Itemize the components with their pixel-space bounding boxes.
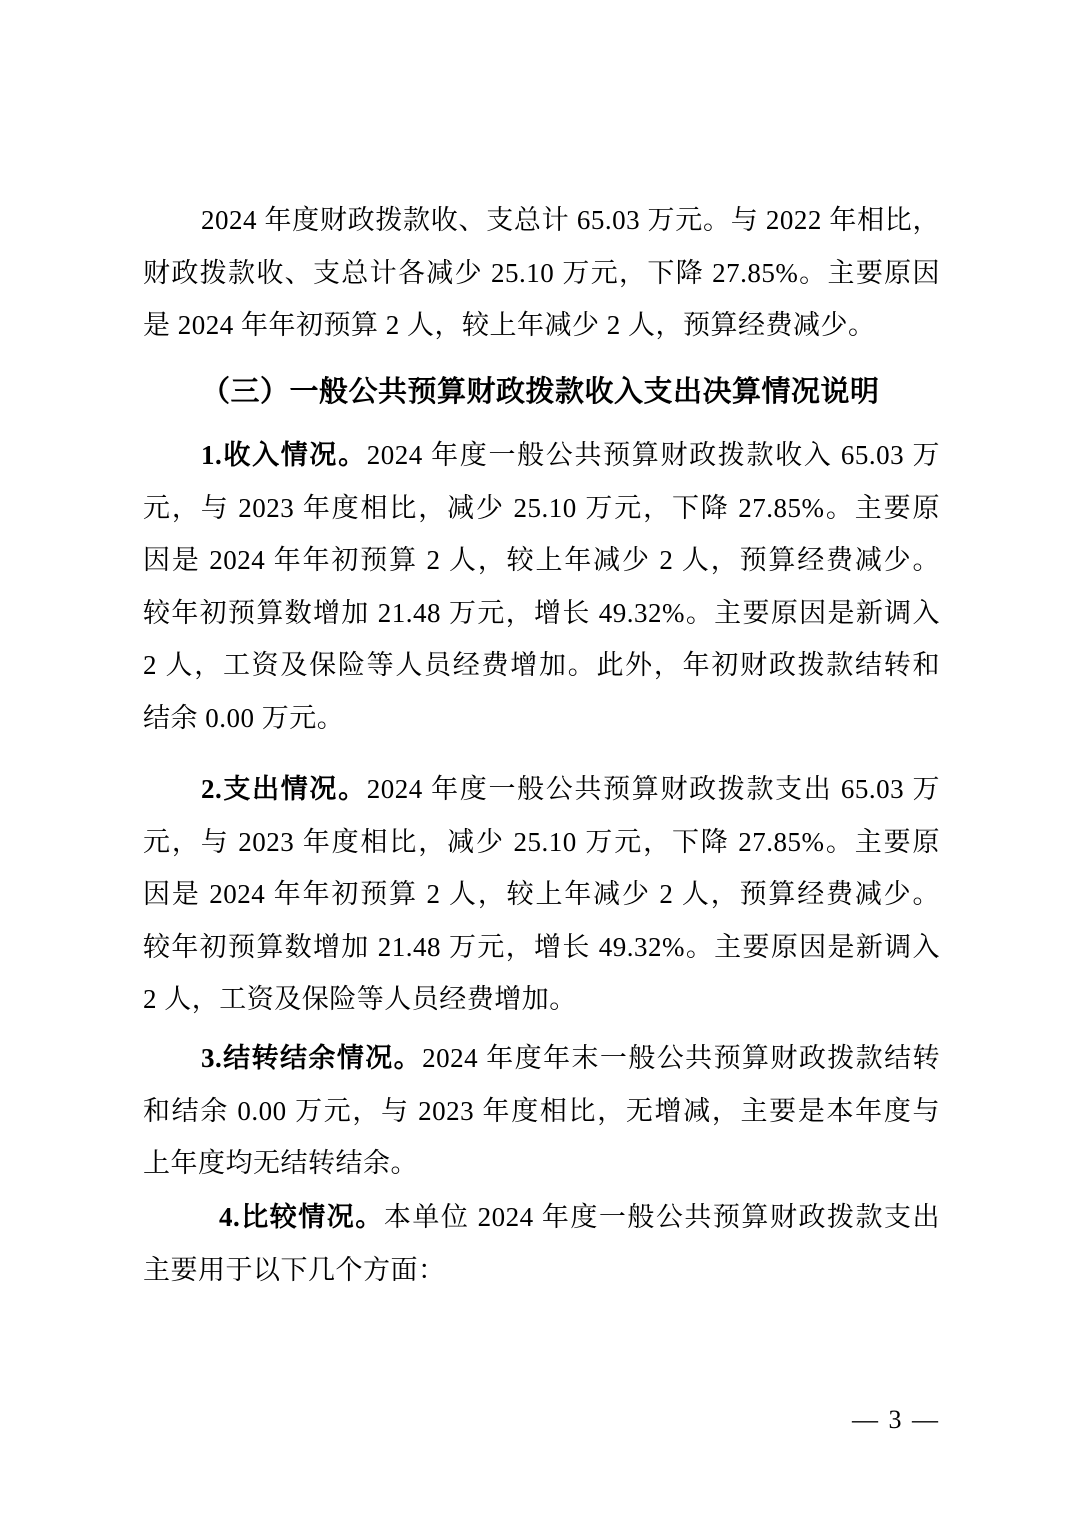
paragraph-label: 4.比较情况。 <box>219 1202 384 1232</box>
income-paragraph: 1.收入情况。2024 年度一般公共预算财政拨款收入 65.03 万 元，与 2… <box>143 429 940 744</box>
text-line: 因是 2024 年年初预算 2 人，较上年减少 2 人，预算经费减少。 <box>143 868 940 921</box>
paragraph-label: 3.结转结余情况。 <box>201 1043 422 1073</box>
carryover-paragraph: 3.结转结余情况。2024 年度年末一般公共预算财政拨款结转 和结余 0.00 … <box>143 1032 940 1190</box>
line-text: 2024 年度年末一般公共预算财政拨款结转 <box>422 1043 940 1073</box>
paragraph-label: 1.收入情况。 <box>201 440 367 470</box>
section-heading-text: （三）一般公共预算财政拨款收入支出决算情况说明 <box>143 366 940 419</box>
section-heading: （三）一般公共预算财政拨款收入支出决算情况说明 <box>143 366 940 419</box>
intro-paragraph: 2024 年度财政拨款收、支总计 65.03 万元。与 2022 年相比， 财政… <box>143 194 940 352</box>
text-line: 元，与 2023 年度相比，减少 25.10 万元，下降 27.85%。主要原 <box>143 816 940 869</box>
text-line: 2.支出情况。2024 年度一般公共预算财政拨款支出 65.03 万 <box>143 763 940 816</box>
text-line: 结余 0.00 万元。 <box>143 692 940 745</box>
text-line: 2 人，工资及保险等人员经费增加。此外，年初财政拨款结转和 <box>143 639 940 692</box>
text-line: 是 2024 年年初预算 2 人，较上年减少 2 人，预算经费减少。 <box>143 299 940 352</box>
page-number: — 3 — <box>143 1400 940 1440</box>
paragraph-label: 2.支出情况。 <box>201 774 367 804</box>
text-line: 1.收入情况。2024 年度一般公共预算财政拨款收入 65.03 万 <box>143 429 940 482</box>
text-line: 主要用于以下几个方面： <box>143 1244 940 1297</box>
text-line: 较年初预算数增加 21.48 万元，增长 49.32%。主要原因是新调入 <box>143 921 940 974</box>
text-line: 较年初预算数增加 21.48 万元，增长 49.32%。主要原因是新调入 <box>143 587 940 640</box>
line-text: 2024 年度一般公共预算财政拨款支出 65.03 万 <box>367 774 940 804</box>
text-line: 元，与 2023 年度相比，减少 25.10 万元，下降 27.85%。主要原 <box>143 482 940 535</box>
text-line: 和结余 0.00 万元，与 2023 年度相比，无增减，主要是本年度与 <box>143 1085 940 1138</box>
text-line: 因是 2024 年年初预算 2 人，较上年减少 2 人，预算经费减少。 <box>143 534 940 587</box>
comparison-paragraph: 4.比较情况。本单位 2024 年度一般公共预算财政拨款支出 主要用于以下几个方… <box>143 1191 940 1296</box>
text-line: 4.比较情况。本单位 2024 年度一般公共预算财政拨款支出 <box>143 1191 940 1244</box>
line-text: 本单位 2024 年度一般公共预算财政拨款支出 <box>384 1202 940 1232</box>
text-line: 3.结转结余情况。2024 年度年末一般公共预算财政拨款结转 <box>143 1032 940 1085</box>
text-line: 2 人，工资及保险等人员经费增加。 <box>143 973 940 1026</box>
text-line: 上年度均无结转结余。 <box>143 1137 940 1190</box>
text-line: 财政拨款收、支总计各减少 25.10 万元，下降 27.85%。主要原因 <box>143 247 940 300</box>
expenditure-paragraph: 2.支出情况。2024 年度一般公共预算财政拨款支出 65.03 万 元，与 2… <box>143 763 940 1026</box>
document-page: 2024 年度财政拨款收、支总计 65.03 万元。与 2022 年相比， 财政… <box>0 0 1075 1520</box>
text-line: 2024 年度财政拨款收、支总计 65.03 万元。与 2022 年相比， <box>143 194 940 247</box>
line-text: 2024 年度一般公共预算财政拨款收入 65.03 万 <box>367 440 940 470</box>
